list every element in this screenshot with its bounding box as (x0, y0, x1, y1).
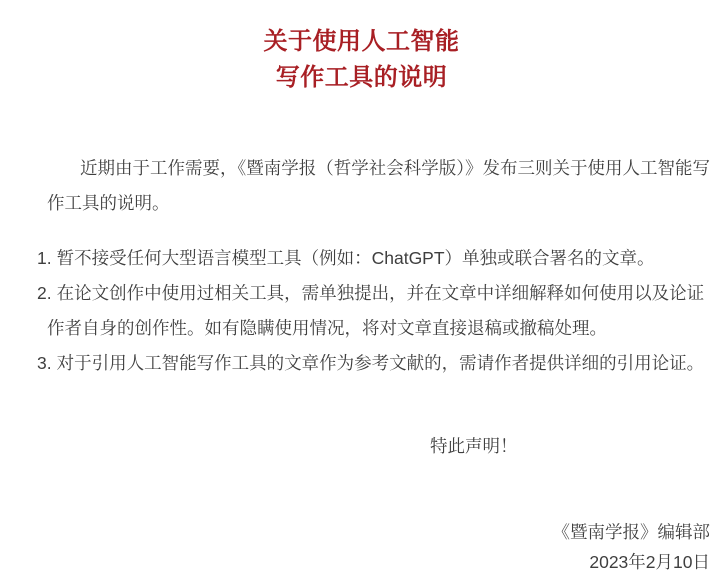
item-3-number: 3. (37, 353, 52, 373)
list-item-2: 2.在论文创作中使用过相关工具，需单独提出，并在文章中详细解释如何使用以及论证作… (47, 276, 719, 346)
item-3-text: 对于引用人工智能写作工具的文章作为参考文献的，需请作者提供详细的引用论证。 (57, 353, 705, 373)
list-item-3: 3.对于引用人工智能写作工具的文章作为参考文献的，需请作者提供详细的引用论证。 (47, 346, 719, 381)
item-2-number: 2. (37, 283, 52, 303)
notice-title: 关于使用人工智能 写作工具的说明 (0, 24, 723, 96)
item-1-text: 暂不接受任何大型语言模型工具（例如：ChatGPT）单独或联合署名的文章。 (57, 248, 655, 268)
intro-paragraph: 近期由于工作需要，《暨南学报（哲学社会科学版）》发布三则关于使用人工智能写作工具… (47, 151, 719, 221)
signature-block: 《暨南学报》编辑部 2023年2月10日 (553, 517, 711, 577)
title-line-1: 关于使用人工智能 (264, 28, 460, 55)
notice-list: 1.暂不接受任何大型语言模型工具（例如：ChatGPT）单独或联合署名的文章。 … (47, 241, 719, 381)
signature-date: 2023年2月10日 (553, 547, 711, 577)
item-1-number: 1. (37, 248, 52, 268)
signature-org: 《暨南学报》编辑部 (553, 517, 711, 547)
item-2-text: 在论文创作中使用过相关工具，需单独提出，并在文章中详细解释如何使用以及论证作者自… (47, 283, 704, 338)
title-line-2: 写作工具的说明 (276, 64, 448, 91)
closing-statement: 特此声明！ (430, 429, 518, 464)
notice-document: 关于使用人工智能 写作工具的说明 近期由于工作需要，《暨南学报（哲学社会科学版）… (0, 0, 723, 578)
list-item-1: 1.暂不接受任何大型语言模型工具（例如：ChatGPT）单独或联合署名的文章。 (47, 241, 719, 276)
